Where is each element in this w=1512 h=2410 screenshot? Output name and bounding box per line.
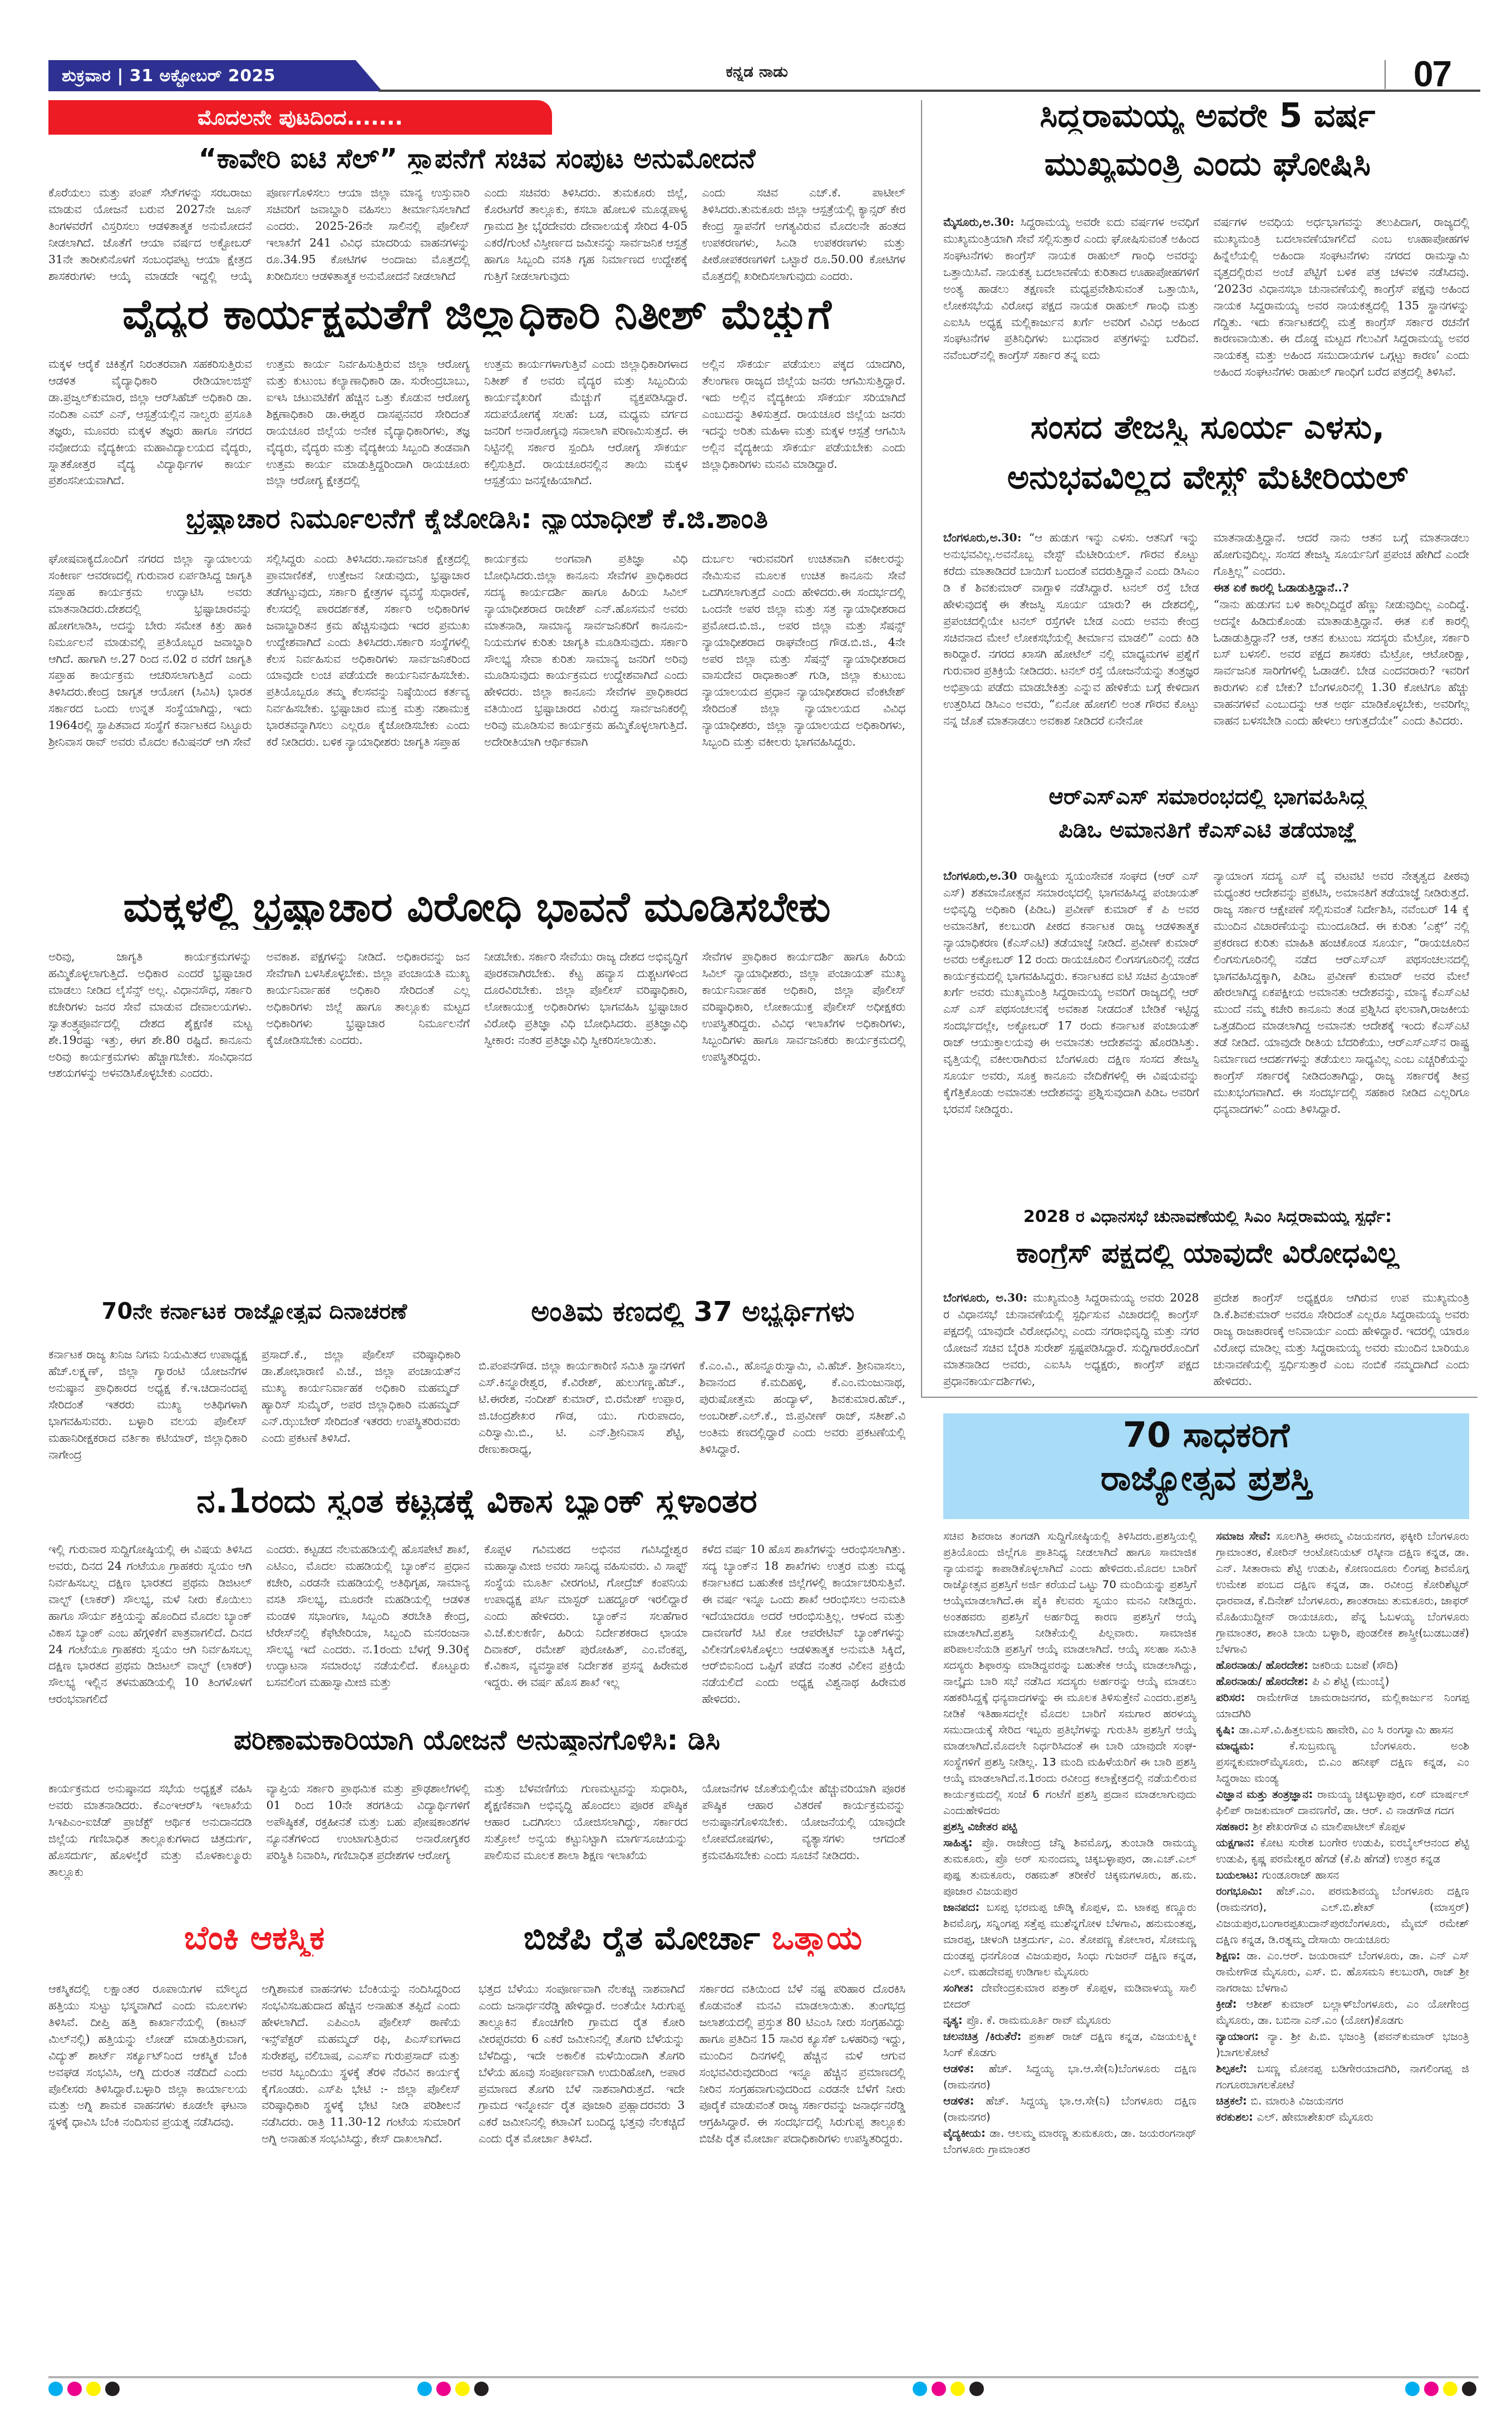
article-kaveri: ಕೊರೆಯಲು ಮತ್ತು ಪಂಪ್ ಸೆಟ್‌ಗಳನ್ನು ಸರಬರಾಜು ಮ… xyxy=(48,185,905,285)
award-category-list: ಸಾಹಿತ್ಯ: ಪ್ರೊ. ರಾಜೇಂದ್ರ ಚೆನ್ನಿ ಶಿವಮೊಗ್ಗ,… xyxy=(943,1835,1196,2157)
award-category: ಹೊರನಾಡು/ ಹೊರದೇಶ: ಪಿ ವಿ ಶೆಟ್ಟಿ (ಮುಂಬೈ) xyxy=(1216,1673,1469,1689)
award-category: ವೈದ್ಯಕೀಯ: ಡಾ. ಆಲಮ್ಮ ಮಾರಣ್ಣ ತುಮಕೂರು, ಡಾ. … xyxy=(943,2125,1196,2157)
award-category: ಸಾಹಿತ್ಯ: ಪ್ರೊ. ರಾಜೇಂದ್ರ ಚೆನ್ನಿ ಶಿವಮೊಗ್ಗ,… xyxy=(943,1835,1196,1899)
article-column: ಪೂರ್ಣಗೊಳಿಸಲು ಆಯಾ ಜಿಲ್ಲಾ ಮಾನ್ಯ ಉಸ್ತುವಾರಿ … xyxy=(267,185,470,285)
award-recipients: ಸೂಲಗಿತ್ತಿ ಈರಮ್ಮ ವಿಜಯನಗರ, ಫಕ್ಕೀರಿ ಬೆಂಗಳೂರ… xyxy=(1216,1529,1469,1655)
masthead-logo: ಕನ್ನಡ ನಾಡು xyxy=(646,62,868,81)
article-column: ಉತ್ತಮ ಕಾರ್ಯಗಳಾಗುತ್ತಿವೆ ಎಂದು ಜಿಲ್ಲಾಧಿಕಾರಿ… xyxy=(484,356,688,492)
award-category: ಪರಿಸರ: ರಾಮೇಗೌಡ ಚಾಮರಾಜನಗರ, ಮಲ್ಲಿಕಾರ್ಜುನ ನ… xyxy=(1216,1689,1469,1722)
article-column: ಬೆಂಗಳೂರು,ಅ.30: “ಆ ಹುಡುಗ ಇನ್ನು ಎಳಸು. ಆತನಿ… xyxy=(943,530,1199,769)
dateline: ಬೆಂಗಳೂರು, ಅ.30: xyxy=(943,1291,1027,1304)
magenta-mark-icon xyxy=(436,2382,451,2396)
headline-highlight: ಒತ್ತಾಯ xyxy=(772,1920,863,1956)
article-column: ಬಿ.ಪಂಪನಗೌಡ. ಜಿಲ್ಲಾ ಕಾರ್ಯಕಾರಿಣಿ ಸಮಿತಿ ಸ್ಥ… xyxy=(479,1358,685,1469)
subhead: ಈತ ಏಕೆ ಕಾರಲ್ಲಿ ಓಡಾಡುತ್ತಿದ್ದಾನೆ..? xyxy=(1214,581,1349,594)
award-category: ಯಕ್ಷಗಾನ: ಕೋಟ ಸುರೇಶ ಬಂಗೇರ ಉಡುಪಿ, ಐರಬೈಲ್‌ಆ… xyxy=(1216,1835,1469,1867)
article-column: ಕಾರ್ಯಕ್ರಮ ಅಂಗವಾಗಿ ಪ್ರತಿಜ್ಞಾ ವಿಧಿ ಬೋಧಿಸಿದ… xyxy=(484,551,688,876)
article-column: ಕಾರ್ಯಕ್ರಮದ ಅನುಷ್ಠಾನದ ಸಭೆಯ ಅಧ್ಯಕ್ಷತೆ ವಹಿಸ… xyxy=(48,1781,252,1903)
article-column: ಭತ್ತದ ಬೆಳೆಯು ಸಂಪೂರ್ಣವಾಗಿ ನೆಲಕಚ್ಚಿ ನಾಶವಾಗ… xyxy=(479,1981,685,2370)
award-intro: ಸಚಿವ ಶಿವರಾಜ ತಂಗಡಗಿ ಸುದ್ದಿಗೋಷ್ಠಿಯಲ್ಲಿ ತಿಳ… xyxy=(943,1528,1196,1818)
black-mark-icon xyxy=(969,2382,984,2396)
article-benki: ಆಕಸ್ಮಿಕದಲ್ಲಿ ಲಕ್ಷಾಂತರ ರೂಪಾಯಿಗಳ ಮೌಲ್ಯದ ಹತ… xyxy=(48,1981,460,2370)
award-category: ಶಿಕ್ಷಣ: ಡಾ. ಎಂ.ಆರ್. ಜಯರಾಮ್ ಬೆಂಗಳೂರು, ಡಾ.… xyxy=(1216,1948,1469,1996)
article-dc-yojane: ಕಾರ್ಯಕ್ರಮದ ಅನುಷ್ಠಾನದ ಸಭೆಯ ಅಧ್ಯಕ್ಷತೆ ವಹಿಸ… xyxy=(48,1781,905,1903)
award-recipients: ಬಿ. ಮಾರುತಿ ವಿಜಯನಗರ xyxy=(1251,2094,1343,2107)
article-vikasa-bank: ಇಲ್ಲಿ ಗುರುವಾರ ಸುದ್ದಿಗೋಷ್ಠಿಯಲ್ಲಿ ಈ ವಿಷಯ ತ… xyxy=(48,1541,905,1708)
dateline: ಬೆಂಗಳೂರು,ಅ.30: xyxy=(943,531,1021,544)
article-column: ಎಂದರು. ಕಟ್ಟಡದ ನೆಲಮಹಡಿಯಲ್ಲಿ ಹೊಸಪೇಟೆ ಶಾಖೆ,… xyxy=(267,1541,470,1708)
award-category-label: ಕ್ರೀಡೆ: xyxy=(1216,1997,1246,2010)
article-column: ಪ್ರಸಾದ್.ಕೆ., ಜಿಲ್ಲಾ ಪೊಲೀಸ್ ವರಿಷ್ಠಾಧಿಕಾರಿ… xyxy=(262,1347,460,1469)
headline-text: ಬಿಜೆಪಿ ರೈತ ಮೋರ್ಚಾ xyxy=(524,1920,772,1956)
article-column: ಬೆಂಗಳೂರು,ಅ.30 ರಾಷ್ಟ್ರೀಯ ಸ್ವಯಂಸೇವಕ ಸಂಘದ (… xyxy=(943,868,1199,1194)
award-category-label: ಕರಕುಶಲ: xyxy=(1216,2110,1257,2123)
award-category-label: ಕೃಷಿ: xyxy=(1216,1723,1239,1736)
award-category-label: ಶಿಲ್ಪಕಲೆ: xyxy=(1216,2062,1257,2075)
article-antima: ಬಿ.ಪಂಪನಗೌಡ. ಜಿಲ್ಲಾ ಕಾರ್ಯಕಾರಿಣಿ ಸಮಿತಿ ಸ್ಥ… xyxy=(479,1358,905,1469)
award-category: ಆಡಳಿತ: ಹೆಚ್. ಸಿದ್ದಯ್ಯ ಭಾ.ಆ.ಸೇ(ನಿ) ಬೆಂಗಳೂ… xyxy=(943,2093,1196,2125)
headline-rajyotsava-dinacharane: 70ನೇ ಕರ್ನಾಟಕ ರಾಜ್ಯೋತ್ಸವ ದಿನಾಚರಣೆ xyxy=(48,1299,460,1324)
headline-rss-line1: ಆರ್‌ಎಸ್‌ಎಸ್ ಸಮಾರಂಭದಲ್ಲಿ ಭಾಗವಹಿಸಿದ್ದ xyxy=(935,785,1480,809)
article-rajyotsava-dinacharane: ಕರ್ನಾಟಕ ರಾಜ್ಯ ಖನಿಜ ನಿಗಮ ನಿಯಮಿತದ ಉಪಾಧ್ಯಕ್… xyxy=(48,1347,460,1469)
award-category: ಕ್ರೀಡೆ: ಆಶೀಶ್ ಕುಮಾರ್ ಬಲ್ಲಾಳ್‌ಬೆಂಗಳೂರು, ಎ… xyxy=(1216,1996,1469,2028)
headline-siddaramaiah-line2: ಮುಖ್ಯಮಂತ್ರಿ ಎಂದು ಘೋಷಿಸಿ xyxy=(935,146,1480,183)
article-vaidyara: ಮಕ್ಕಳ ಆರೈಕೆ ಚಿಕಿತ್ಸೆಗೆ ನಿರಂತರವಾಗಿ ಸಹಕರಿಸ… xyxy=(48,356,905,492)
article-column: ಅಗ್ನಿಶಾಮಕ ವಾಹನಗಳು ಬೆಂಕಿಯನ್ನು ನಂದಿಸಿದ್ದರಿ… xyxy=(262,1981,460,2370)
yellow-mark-icon xyxy=(86,2382,101,2396)
award-category-label: ಯಕ್ಷಗಾನ: xyxy=(1216,1836,1260,1849)
headline-benki-akasmika: ಬೆಂಕಿ ಆಕಸ್ಮಿಕ xyxy=(48,1920,460,1956)
article-tejasvi: ಬೆಂಗಳೂರು,ಅ.30: “ಆ ಹುಡುಗ ಇನ್ನು ಎಳಸು. ಆತನಿ… xyxy=(943,530,1469,769)
award-category-label: ಬಯಲಾಟ: xyxy=(1216,1868,1262,1881)
article-column: ಅವಕಾಶ. ಪಕ್ಷಗಳನ್ನು ನೀಡಿದೆ. ಅಧಿಕಾರವನ್ನು ಜನ… xyxy=(267,949,470,1283)
article-makkalalli: ಅರಿವು, ಜಾಗೃತಿ ಕಾರ್ಯಕ್ರಮಗಳನ್ನು ಹಮ್ಮಿಕೊಳ್ಳ… xyxy=(48,949,905,1283)
article-column: ದುರ್ಬಲ ಇರುವವರಿಗೆ ಉಚಿತವಾಗಿ ವಕೀಲರನ್ನು ನೇಮಿ… xyxy=(702,551,906,876)
headline-kaveri-it-cell: “ಕಾವೇರಿ ಐಟಿ ಸೆಲ್” ಸ್ಥಾಪನೆಗೆ ಸಚಿವ ಸಂಪುಟ ಅ… xyxy=(48,144,905,174)
article-rss-pdo: ಬೆಂಗಳೂರು,ಅ.30 ರಾಷ್ಟ್ರೀಯ ಸ್ವಯಂಸೇವಕ ಸಂಘದ (… xyxy=(943,868,1469,1194)
article-congress-2028: ಬೆಂಗಳೂರು, ಅ.30: ಮುಖ್ಯಮಂತ್ರಿ ಸಿದ್ದರಾಮಯ್ಯ … xyxy=(943,1290,1469,1393)
article-column: ಕಳೆದ ವರ್ಷ 10 ಹೊಸ ಶಾಖೆಗಳನ್ನು ಆರಂಭಿಸಲಾಗಿತ್… xyxy=(702,1541,906,1708)
black-mark-icon xyxy=(105,2382,120,2396)
article-column: ನೀಡಬೇಕು. ಸರ್ಕಾರಿ ಸೇವೆಯು ರಾಜ್ಯ ದೇಶದ ಅಭಿವೃ… xyxy=(484,949,688,1283)
article-bjp-raitha: ಭತ್ತದ ಬೆಳೆಯು ಸಂಪೂರ್ಣವಾಗಿ ನೆಲಕಚ್ಚಿ ನಾಶವಾಗ… xyxy=(479,1981,905,2370)
award-category-label: ಚಿತ್ರಕಲೆ: xyxy=(1216,2094,1251,2107)
article-column: ಎಂದು ಸಚಿವ ಎಚ್.ಕೆ. ಪಾಟೀಲ್ ತಿಳಿಸಿದರು.ತುಮಕೂ… xyxy=(702,185,906,285)
award-category-label: ಜಾನಪದ: xyxy=(943,1900,987,1914)
award-category: ಜಾನಪದ: ಬಸಪ್ಪ ಭರಮಪ್ಪ ಚೌಡ್ಕಿ ಕೊಪ್ಪಳ, ಬಿ. ಟ… xyxy=(943,1899,1196,1980)
footer-rule xyxy=(48,2376,1479,2378)
headline-makkalalli: ಮಕ್ಕಳಲ್ಲಿ ಭ್ರಷ್ಟಾಚಾರ ವಿರೋಧಿ ಭಾವನೆ ಮೂಡಿಸಬ… xyxy=(48,885,905,930)
section-banner: ಮೊದಲನೇ ಪುಟದಿಂದ....... xyxy=(48,100,552,135)
article-column: ಕೊರೆಯಲು ಮತ್ತು ಪಂಪ್ ಸೆಟ್‌ಗಳನ್ನು ಸರಬರಾಜು ಮ… xyxy=(48,185,252,285)
award-category: ಆಡಳಿತ: ಹೆಚ್. ಸಿದ್ದಯ್ಯ ಭಾ.ಆ.ಸೇ(ನಿ)ಬೆಂಗಳೂರ… xyxy=(943,2061,1196,2093)
article-bhrashtachara: ಘೋಷವಾಕ್ಯದೊಂದಿಗೆ ನಗರದ ಜಿಲ್ಲಾ ನ್ಯಾಯಾಲಯ ಸಂಕ… xyxy=(48,551,905,876)
article-column: ಅಲ್ಲಿನ ಸೌಕರ್ಯ ಪಡೆಯಲು ಪಕ್ಕದ ಯಾದಗಿರಿ, ತೆಲಂ… xyxy=(702,356,906,492)
award-category: ಸಮಾಜ ಸೇವೆ: ಸೂಲಗಿತ್ತಿ ಈರಮ್ಮ ವಿಜಯನಗರ, ಫಕ್ಕ… xyxy=(1216,1528,1469,1657)
cyan-mark-icon xyxy=(48,2382,63,2396)
award-category: ಶಿಲ್ಪಕಲೆ: ಬಸಣ್ಣ ಮೋನಪ್ಪ ಬಡಿಗೇರಯಾದಗಿರಿ, ನಾ… xyxy=(1216,2061,1469,2093)
award-right-column: ಸಮಾಜ ಸೇವೆ: ಸೂಲಗಿತ್ತಿ ಈರಮ್ಮ ವಿಜಯನಗರ, ಫಕ್ಕ… xyxy=(1216,1528,1469,2374)
award-list-title: ಪ್ರಶಸ್ತಿ ವಿಜೇತರ ಪಟ್ಟಿ xyxy=(943,1818,1196,1835)
headline-siddaramaiah-line1: ಸಿದ್ದರಾಮಯ್ಯ ಅವರೇ 5 ವರ್ಷ xyxy=(935,97,1480,134)
page-number: 07 xyxy=(1414,53,1451,95)
award-category-label: ಆಡಳಿತ: xyxy=(943,2094,986,2107)
award-category: ವಿಜ್ಞಾನ ಮತ್ತು ತಂತ್ರಜ್ಞಾನ: ರಾಮಯ್ಯ ಚಿಕ್ಕಬಳ… xyxy=(1216,1786,1469,1818)
article-column: ಸೇವೆಗಳ ಪ್ರಾಧಿಕಾರ ಕಾರ್ಯದರ್ಶಿ ಹಾಗೂ ಹಿರಿಯ ಸ… xyxy=(702,949,906,1283)
article-column: ಬೆಂಗಳೂರು, ಅ.30: ಮುಖ್ಯಮಂತ್ರಿ ಸಿದ್ದರಾಮಯ್ಯ … xyxy=(943,1290,1199,1393)
cyan-mark-icon xyxy=(1405,2382,1420,2396)
magenta-mark-icon xyxy=(67,2382,82,2396)
article-column: ಸಲ್ಲಿಸಿದ್ದರು ಎಂದು ತಿಳಿಸಿದರು.ಸಾರ್ವಜನಿಕ ಕ್… xyxy=(267,551,470,876)
award-category: ಸಹಕಾರ: ಶ್ರೀ ಶೇಖರಗೌಡ ವಿ ಮಾಲಿಪಾಟೀಲ್ ಕೊಪ್ಪಳ xyxy=(1216,1818,1469,1835)
award-category: ಚಿತ್ರಕಲೆ: ಬಿ. ಮಾರುತಿ ವಿಜಯನಗರ xyxy=(1216,2093,1469,2109)
award-category-label: ಪರಿಸರ: xyxy=(1216,1691,1257,1704)
award-headline-box: 70 ಸಾಧಕರಿಗೆ ರಾಜ್ಯೋತ್ಸವ ಪ್ರಶಸ್ತಿ xyxy=(943,1413,1469,1519)
registration-marks xyxy=(1405,2382,1476,2396)
right-box-bottom-rule xyxy=(921,1397,1477,1398)
award-category-label: ಆಡಳಿತ: xyxy=(943,2062,989,2075)
award-recipients: ಆಶೀಶ್ ಕುಮಾರ್ ಬಲ್ಲಾಳ್‌ಬೆಂಗಳೂರು, ಎಂ ಯೋಗೇಂದ… xyxy=(1216,1997,1469,2027)
article-column: ಅರಿವು, ಜಾಗೃತಿ ಕಾರ್ಯಕ್ರಮಗಳನ್ನು ಹಮ್ಮಿಕೊಳ್ಳ… xyxy=(48,949,252,1283)
article-column: ಮೈಸೂರು,ಅ.30: ಸಿದ್ದರಾಮಯ್ಯ ಅವರೇ ಐದು ವರ್ಷಗಳ… xyxy=(943,214,1199,392)
award-category-label: ವಿಜ್ಞಾನ ಮತ್ತು ತಂತ್ರಜ್ಞಾನ: xyxy=(1216,1787,1317,1801)
award-category: ಸಂಗೀತ: ದೇವೇಂದ್ರಕುಮಾರ ಪತ್ತಾರ್ ಕೊಪ್ಪಳ, ಮಡಿ… xyxy=(943,1980,1196,2012)
article-column: ವ್ಯಾಪ್ತಿಯ ಸರ್ಕಾರಿ ಪ್ರಾಥಮಿಕ ಮತ್ತು ಪ್ರೌಢಶಾ… xyxy=(267,1781,470,1903)
award-category-label: ಸಂಗೀತ: xyxy=(943,1981,982,1994)
dateline: ಬೆಂಗಳೂರು,ಅ.30 xyxy=(943,869,1017,883)
award-category-label: ನ್ಯಾಯಾಂಗ: xyxy=(1216,2029,1268,2043)
award-category: ಕರಕುಶಲ: ಎಲ್. ಹೇಮಾಶೇಖರ್ ಮೈಸೂರು xyxy=(1216,2109,1469,2125)
award-category: ಕೃಷಿ: ಡಾ.ಎಸ್.ವಿ.ಹಿತ್ತಲಮನಿ ಹಾವೇರಿ, ಎಂ ಸಿ … xyxy=(1216,1722,1469,1738)
registration-marks xyxy=(913,2382,984,2396)
award-category: ಹೊರನಾಡು/ ಹೊರದೇಶ: ಜಕರಿಯ ಬಜಪೆ (ಸೌದಿ) xyxy=(1216,1657,1469,1673)
award-category-label: ಶಿಕ್ಷಣ: xyxy=(1216,1949,1247,1962)
award-category: ಬಯಲಾಟ: ಗುಂಡೂರಾಜ್ ಹಾಸನ xyxy=(1216,1867,1469,1883)
award-recipients: ಗುಂಡೂರಾಜ್ ಹಾಸನ xyxy=(1262,1868,1339,1881)
column-divider xyxy=(921,100,922,1397)
headline-tejasvi-line1: ಸಂಸದ ತೇಜಸ್ವಿ ಸೂರ್ಯ ಎಳಸು, xyxy=(935,409,1480,446)
article-column: ವರ್ಷಗಳ ಅವಧಿಯ ಅರ್ಧಭಾಗವನ್ನು ತಲುಪಿದಾಗ, ರಾಜ್… xyxy=(1214,214,1470,392)
award-recipients: ಪ್ರೊ. ರಾಜೇಂದ್ರ ಚೆನ್ನಿ ಶಿವಮೊಗ್ಗ, ತುಂಬಾಡಿ … xyxy=(943,1836,1196,1898)
yellow-mark-icon xyxy=(455,2382,470,2396)
article-column: ಇಲ್ಲಿ ಗುರುವಾರ ಸುದ್ದಿಗೋಷ್ಠಿಯಲ್ಲಿ ಈ ವಿಷಯ ತ… xyxy=(48,1541,252,1708)
award-category-label: ಹೊರನಾಡು/ ಹೊರದೇಶ: xyxy=(1216,1674,1312,1688)
award-category: ಚಲನಚಿತ್ರ /ಕಿರುತೆರೆ: ಪ್ರಕಾಶ್ ರಾಜ್ ದಕ್ಷಿಣ … xyxy=(943,2028,1196,2061)
headline-rajyotsava-prashasti: ರಾಜ್ಯೋತ್ಸವ ಪ್ರಶಸ್ತಿ xyxy=(943,1457,1469,1500)
subhead-2028: 2028 ರ ವಿಧಾನಸಭೆ ಚುನಾವಣೆಯಲ್ಲಿ ಸಿಎಂ ಸಿದ್ದರ… xyxy=(935,1208,1480,1226)
article-column: ಸರ್ಕಾರದ ವತಿಯಿಂದ ಬೆಳೆ ನಷ್ಟ ಪರಿಹಾರ ದೊರಕಿಸಿ… xyxy=(700,1981,906,2370)
article-column: ಮಾತನಾಡುತ್ತಿದ್ದಾನೆ. ಆದರೆ ನಾನು ಆತನ ಬಗ್ಗೆ ಮ… xyxy=(1214,530,1470,769)
registration-marks xyxy=(417,2382,489,2396)
headline-vikasa-bank: ನ.1ರಂದು ಸ್ವಂತ ಕಟ್ಟಡಕ್ಕೆ ವಿಕಾಸ ಬ್ಯಾಂಕ್ ಸ್… xyxy=(48,1483,905,1520)
article-column: ಕೆ.ಎಂ.ವಿ., ಹೊನ್ನೂರುಸ್ವಾಮಿ, ವಿ.ಹೆಚ್. ಶ್ರೀ… xyxy=(700,1358,906,1469)
award-category-label: ವೈದ್ಯಕೀಯ: xyxy=(943,2126,989,2140)
article-column: ಉತ್ತಮ ಕಾರ್ಯ ನಿರ್ವಹಿಸುತ್ತಿರುವ ಜಿಲ್ಲಾ ಆರೋಗ… xyxy=(267,356,470,492)
headline-70-sadhakarige: 70 ಸಾಧಕರಿಗೆ xyxy=(943,1413,1469,1457)
article-column: ಆಕಸ್ಮಿಕದಲ್ಲಿ ಲಕ್ಷಾಂತರ ರೂಪಾಯಿಗಳ ಮೌಲ್ಯದ ಹತ… xyxy=(48,1981,247,2370)
award-recipients: ಡಾ.ಎಸ್.ವಿ.ಹಿತ್ತಲಮನಿ ಹಾವೇರಿ, ಎಂ ಸಿ ರಂಗಸ್ವ… xyxy=(1239,1723,1454,1736)
award-category-list: ಸಮಾಜ ಸೇವೆ: ಸೂಲಗಿತ್ತಿ ಈರಮ್ಮ ವಿಜಯನಗರ, ಫಕ್ಕ… xyxy=(1216,1528,1469,2125)
award-recipients: ದೇವೇಂದ್ರಕುಮಾರ ಪತ್ತಾರ್ ಕೊಪ್ಪಳ, ಮಡಿವಾಳಯ್ಯ … xyxy=(943,1981,1196,2010)
award-category: ಮಾಧ್ಯಮ: ಕೆ.ಸುಬ್ರಮಣ್ಯ ಬೆಂಗಳೂರು. ಅಂಶಿ ಪ್ರಸ… xyxy=(1216,1738,1469,1786)
headline-bhrashtachara-nirmoolane: ಭ್ರಷ್ಟಾಚಾರ ನಿರ್ಮೂಲನೆಗೆ ಕೈಜೋಡಿಸಿ: ನ್ಯಾಯಾಧ… xyxy=(48,504,905,534)
headline-bjp-raitha-morcha: ಬಿಜೆಪಿ ರೈತ ಮೋರ್ಚಾ ಒತ್ತಾಯ xyxy=(479,1920,907,1956)
headline-congress-virodhavilla: ಕಾಂಗ್ರೆಸ್ ಪಕ್ಷದಲ್ಲಿ ಯಾವುದೇ ವಿರೋಧವಿಲ್ಲ xyxy=(935,1238,1480,1269)
article-column: ಯೋಜನೆಗಳ ಜೊತೆಯಲ್ಲಿಯೇ ಹೆಚ್ಚುವರಿಯಾಗಿ ಪೂರಕ ಪ… xyxy=(702,1781,906,1903)
date-bar: ಶುಕ್ರವಾರ | 31 ಅಕ್ಟೋಬರ್ 2025 xyxy=(48,60,382,91)
article-column: ಕೊಪ್ಪಳ ಗವಿಮಠದ ಅಭಿನವ ಗವಿಸಿದ್ದೇಶ್ವರ ಮಹಾಸ್ವ… xyxy=(484,1541,688,1708)
award-recipients: ಡಾ. ಎಂ.ಆರ್. ಜಯರಾಮ್ ಬೆಂಗಳೂರು, ಡಾ. ಎನ್ ಎಸ್… xyxy=(1216,1949,1469,1994)
black-mark-icon xyxy=(474,2382,489,2396)
award-left-column: ಸಚಿವ ಶಿವರಾಜ ತಂಗಡಗಿ ಸುದ್ದಿಗೋಷ್ಠಿಯಲ್ಲಿ ತಿಳ… xyxy=(943,1528,1196,2374)
magenta-mark-icon xyxy=(1424,2382,1439,2396)
award-category-label: ಮಾಧ್ಯಮ: xyxy=(1216,1739,1289,1752)
article-column: ಕರ್ನಾಟಕ ರಾಜ್ಯ ಖನಿಜ ನಿಗಮ ನಿಯಮಿತದ ಉಪಾಧ್ಯಕ್… xyxy=(48,1347,247,1469)
article-siddaramaiah: ಮೈಸೂರು,ಅ.30: ಸಿದ್ದರಾಮಯ್ಯ ಅವರೇ ಐದು ವರ್ಷಗಳ… xyxy=(943,214,1469,392)
cyan-mark-icon xyxy=(417,2382,432,2396)
award-category: ನೃತ್ಯ: ಪ್ರೊ. ಕೆ. ರಾಮಮೂರ್ತಿ ರಾವ್ ಮೈಸೂರು xyxy=(943,2012,1196,2028)
header-rule xyxy=(378,90,1480,92)
registration-marks xyxy=(48,2382,120,2396)
article-column: ಮತ್ತು ಬೆಳವಣಿಗೆಯ ಗುಣಮಟ್ಟವನ್ನು ಸುಧಾರಿಸಿ, ಶ… xyxy=(484,1781,688,1903)
award-category-label: ಸಾಹಿತ್ಯ: xyxy=(943,1836,982,1849)
award-recipients: ಪಿ ವಿ ಶೆಟ್ಟಿ (ಮುಂಬೈ) xyxy=(1312,1674,1390,1688)
headline-vaidyara: ವೈದ್ಯರ ಕಾರ್ಯಕ್ಷಮತೆಗೆ ಜಿಲ್ಲಾಧಿಕಾರಿ ನಿತೀಶ್… xyxy=(48,292,905,337)
award-recipients: ಎಲ್. ಹೇಮಾಶೇಖರ್ ಮೈಸೂರು xyxy=(1257,2110,1373,2123)
headline-dc-yojane: ಪರಿಣಾಮಕಾರಿಯಾಗಿ ಯೋಜನೆ ಅನುಷ್ಠಾನಗೊಳಿಸಿ: ಡಿಸ… xyxy=(48,1725,905,1756)
yellow-mark-icon xyxy=(1443,2382,1457,2396)
article-column: ನ್ಯಾಯಾಂಗ ಸದಸ್ಯ ಎಸ್ ವೈ ವಟವಟಿ ಅವರ ನೇತೃತ್ವದ… xyxy=(1214,868,1470,1194)
yellow-mark-icon xyxy=(950,2382,965,2396)
black-mark-icon xyxy=(1462,2382,1476,2396)
article-column: ಎಂದು ಸಚಿವರು ತಿಳಿಸಿದರು. ತುಮಕೂರು ಜಿಲ್ಲೆ, ಕ… xyxy=(484,185,688,285)
award-category-label: ಹೊರನಾಡು/ ಹೊರದೇಶ: xyxy=(1216,1658,1312,1672)
award-category: ರಂಗಭೂಮಿ: ಹೆಚ್.ಎಂ. ಪರಮಶಿವಯ್ಯ ಬೆಂಗಳೂರು ದಕ್… xyxy=(1216,1883,1469,1948)
award-category-label: ಸಹಕಾರ: xyxy=(1216,1820,1253,1833)
article-column: ಮಕ್ಕಳ ಆರೈಕೆ ಚಿಕಿತ್ಸೆಗೆ ನಿರಂತರವಾಗಿ ಸಹಕರಿಸ… xyxy=(48,356,252,492)
page-number-separator xyxy=(1385,60,1386,89)
award-category-label: ನೃತ್ಯ: xyxy=(943,2013,967,2027)
issue-date: ಶುಕ್ರವಾರ | 31 ಅಕ್ಟೋಬರ್ 2025 xyxy=(62,66,275,86)
headline-rss-line2: ಪಿಡಿಒ ಅಮಾನತಿಗೆ ಕೆಎಸ್‌ಎಟಿ ತಡೆಯಾಜ್ಞೆ xyxy=(935,818,1480,842)
headline-antima-kanadalli: ಅಂತಿಮ ಕಣದಲ್ಲಿ 37 ಅಭ್ಯರ್ಥಿಗಳು xyxy=(479,1297,907,1327)
headline-tejasvi-line2: ಅನುಭವವಿಲ್ಲದ ವೇಸ್ಟ್ ಮೆಟೀರಿಯಲ್ xyxy=(935,459,1480,496)
award-category-label: ಸಮಾಜ ಸೇವೆ: xyxy=(1216,1529,1276,1542)
award-category-label: ಚಲನಚಿತ್ರ /ಕಿರುತೆರೆ: xyxy=(943,2029,1029,2043)
award-category: ನ್ಯಾಯಾಂಗ: ನ್ಯಾ. ಶ್ರೀ ಪಿ.ಬಿ. ಭಜಂತ್ರಿ (ಪವನ… xyxy=(1216,2028,1469,2061)
cyan-mark-icon xyxy=(913,2382,927,2396)
award-recipients: ಶ್ರೀ ಶೇಖರಗೌಡ ವಿ ಮಾಲಿಪಾಟೀಲ್ ಕೊಪ್ಪಳ xyxy=(1253,1820,1405,1833)
award-recipients: ಜಕರಿಯ ಬಜಪೆ (ಸೌದಿ) xyxy=(1312,1658,1398,1672)
award-recipients: ಪ್ರೊ. ಕೆ. ರಾಮಮೂರ್ತಿ ರಾವ್ ಮೈಸೂರು xyxy=(967,2013,1111,2027)
article-column: ಘೋಷವಾಕ್ಯದೊಂದಿಗೆ ನಗರದ ಜಿಲ್ಲಾ ನ್ಯಾಯಾಲಯ ಸಂಕ… xyxy=(48,551,252,876)
award-category-label: ರಂಗಭೂಮಿ: xyxy=(1216,1884,1277,1898)
magenta-mark-icon xyxy=(932,2382,946,2396)
article-column: ಪ್ರದೇಶ ಕಾಂಗ್ರೆಸ್ ಅಧ್ಯಕ್ಷರೂ ಆಗಿರುವ ಉಪ ಮುಖ… xyxy=(1214,1290,1470,1393)
dateline: ಮೈಸೂರು,ಅ.30: xyxy=(943,215,1014,229)
